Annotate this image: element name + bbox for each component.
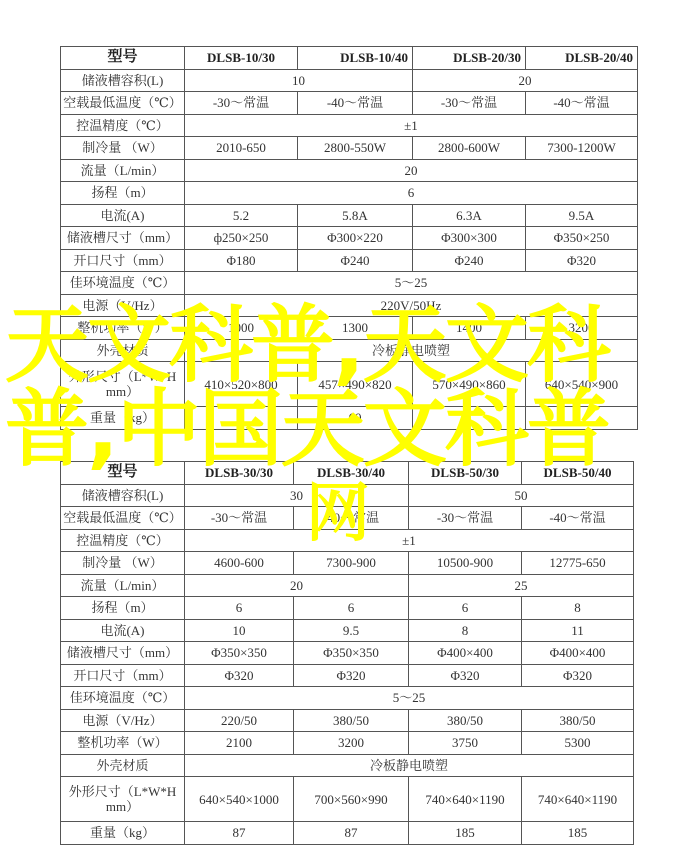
cell: -30～常温 xyxy=(413,92,526,115)
row-label: 制冷量 （W） xyxy=(61,137,185,160)
cell: 8 xyxy=(522,597,634,620)
model-header: DLSB-50/40 xyxy=(522,462,634,485)
table-row: 储液槽尺寸（mm） Φ350×350 Φ350×350 Φ400×400 Φ40… xyxy=(61,642,634,665)
cell: -40～常温 xyxy=(522,507,634,530)
table-row: 外壳材质 冷板静电喷塑 xyxy=(61,754,634,777)
cell: 6 xyxy=(409,597,522,620)
cell: Φ320 xyxy=(526,249,638,272)
table-header-row: 型号 DLSB-10/30 DLSB-10/40 DLSB-20/30 DLSB… xyxy=(61,47,638,70)
cell: 3750 xyxy=(409,732,522,755)
row-label: 储液槽容积(L) xyxy=(61,69,185,92)
row-label: 重量（kg） xyxy=(61,407,185,430)
cell: 9.5A xyxy=(526,204,638,227)
cell: Φ320 xyxy=(185,664,294,687)
header-label: 型号 xyxy=(61,47,185,70)
table-row: 外形尺寸（L*W*H mm） 410×520×800 457×490×820 5… xyxy=(61,362,638,407)
row-label: 控温精度（℃） xyxy=(61,114,185,137)
table-row: 控温精度（℃） ±1 xyxy=(61,114,638,137)
cell: Φ180 xyxy=(185,249,298,272)
cell: 380/50 xyxy=(294,709,409,732)
cell: 220V/50Hz xyxy=(185,294,638,317)
table-header-row: 型号 DLSB-30/30 DLSB-30/40 DLSB-50/30 DLSB… xyxy=(61,462,634,485)
row-label: 整机功率（W） xyxy=(61,317,185,340)
cell: 4600-600 xyxy=(185,552,294,575)
table-row: 整机功率（W） 2100 3200 3750 5300 xyxy=(61,732,634,755)
cell: 1000 xyxy=(185,317,298,340)
cell: 380/50 xyxy=(522,709,634,732)
table-row: 空载最低温度（℃） -30～常温 -40～常温 -30～常温 -40～常温 xyxy=(61,92,638,115)
table-row: 佳环境温度（℃） 5～25 xyxy=(61,272,638,295)
cell: 2010-650 xyxy=(185,137,298,160)
row-label: 储液槽尺寸（mm） xyxy=(61,227,185,250)
cell: ±1 xyxy=(185,114,638,137)
row-label: 整机功率（W） xyxy=(61,732,185,755)
cell: Φ320 xyxy=(409,664,522,687)
table-row: 空载最低温度（℃） -30～常温 -40～常温 -30～常温 -40～常温 xyxy=(61,507,634,530)
cell: 457×490×820 xyxy=(298,362,413,407)
table-row: 储液槽尺寸（mm） ф250×250 Φ300×220 Φ300×300 Φ35… xyxy=(61,227,638,250)
row-label: 流量（L/min） xyxy=(61,159,185,182)
cell: 20 xyxy=(185,159,638,182)
cell: Φ320 xyxy=(294,664,409,687)
table-row: 流量（L/min） 20 xyxy=(61,159,638,182)
cell: Φ350×250 xyxy=(526,227,638,250)
table-row: 电源（V/Hz） 220V/50Hz xyxy=(61,294,638,317)
cell: 740×640×1190 xyxy=(522,777,634,822)
cell: 12775-650 xyxy=(522,552,634,575)
model-header: DLSB-20/40 xyxy=(526,47,638,70)
row-label: 重量（kg） xyxy=(61,822,185,845)
model-header: DLSB-30/30 xyxy=(185,462,294,485)
table-row: 重量（kg） 87 87 185 185 xyxy=(61,822,634,845)
cell: 20 xyxy=(413,69,638,92)
cell: -30～常温 xyxy=(409,507,522,530)
cell: 10 xyxy=(185,69,413,92)
table-row: 电流(A) 10 9.5 8 11 xyxy=(61,619,634,642)
table-row: 储液槽容积(L) 30 50 xyxy=(61,484,634,507)
table-row: 控温精度（℃） ±1 xyxy=(61,529,634,552)
header-label: 型号 xyxy=(61,462,185,485)
cell: -30～常温 xyxy=(185,92,298,115)
table-row: 开口尺寸（mm） Φ180 Φ240 Φ240 Φ320 xyxy=(61,249,638,272)
cell: Φ350×350 xyxy=(294,642,409,665)
cell: 700×560×990 xyxy=(294,777,409,822)
cell xyxy=(413,407,526,430)
cell: 185 xyxy=(409,822,522,845)
spec-table-2: 型号 DLSB-30/30 DLSB-30/40 DLSB-50/30 DLSB… xyxy=(60,461,634,845)
row-label: 扬程（m） xyxy=(61,182,185,205)
model-header: DLSB-10/30 xyxy=(185,47,298,70)
table-row: 外形尺寸（L*W*H mm） 640×540×1000 700×560×990 … xyxy=(61,777,634,822)
cell: 11 xyxy=(522,619,634,642)
model-header: DLSB-10/40 xyxy=(298,47,413,70)
table-row: 流量（L/min） 20 25 xyxy=(61,574,634,597)
spec-table-1: 型号 DLSB-10/30 DLSB-10/40 DLSB-20/30 DLSB… xyxy=(60,46,638,430)
cell: Φ400×400 xyxy=(522,642,634,665)
table-row: 电源（V/Hz） 220/50 380/50 380/50 380/50 xyxy=(61,709,634,732)
model-header: DLSB-20/30 xyxy=(413,47,526,70)
cell: 60 xyxy=(298,407,413,430)
row-label: 开口尺寸（mm） xyxy=(61,664,185,687)
row-label: 储液槽容积(L) xyxy=(61,484,185,507)
row-label: 控温精度（℃） xyxy=(61,529,185,552)
row-label: 外壳材质 xyxy=(61,339,185,362)
cell: 2800-550W xyxy=(298,137,413,160)
table-row: 扬程（m） 6 xyxy=(61,182,638,205)
cell: -40～常温 xyxy=(526,92,638,115)
cell: -40～常温 xyxy=(294,507,409,530)
table-row: 扬程（m） 6 6 6 8 xyxy=(61,597,634,620)
cell: 3200 xyxy=(294,732,409,755)
table-row: 开口尺寸（mm） Φ320 Φ320 Φ320 Φ320 xyxy=(61,664,634,687)
row-label: 扬程（m） xyxy=(61,597,185,620)
cell: 6 xyxy=(185,182,638,205)
cell xyxy=(185,407,298,430)
row-label: 电流(A) xyxy=(61,619,185,642)
cell: 10 xyxy=(185,619,294,642)
cell: ф250×250 xyxy=(185,227,298,250)
row-label: 空载最低温度（℃） xyxy=(61,92,185,115)
cell: 25 xyxy=(409,574,634,597)
cell: 8 xyxy=(409,619,522,642)
table-row: 重量（kg） 60 xyxy=(61,407,638,430)
cell: 87 xyxy=(185,822,294,845)
row-label: 外形尺寸（L*W*H mm） xyxy=(61,777,185,822)
cell: 740×640×1190 xyxy=(409,777,522,822)
cell: 9.5 xyxy=(294,619,409,642)
table-row: 制冷量 （W） 4600-600 7300-900 10500-900 1277… xyxy=(61,552,634,575)
cell: 380/50 xyxy=(409,709,522,732)
table-row: 电流(A) 5.2 5.8A 6.3A 9.5A xyxy=(61,204,638,227)
cell: Φ350×350 xyxy=(185,642,294,665)
cell: 6 xyxy=(294,597,409,620)
cell: 1300 xyxy=(298,317,413,340)
row-label: 佳环境温度（℃） xyxy=(61,687,185,710)
cell xyxy=(526,407,638,430)
cell: 5.8A xyxy=(298,204,413,227)
cell: 570×490×860 xyxy=(413,362,526,407)
cell: 6.3A xyxy=(413,204,526,227)
cell: Φ240 xyxy=(413,249,526,272)
cell: 7300-1200W xyxy=(526,137,638,160)
cell: 640×540×900 xyxy=(526,362,638,407)
cell: 30 xyxy=(185,484,409,507)
row-label: 开口尺寸（mm） xyxy=(61,249,185,272)
cell: 2800-600W xyxy=(413,137,526,160)
table-row: 制冷量 （W） 2010-650 2800-550W 2800-600W 730… xyxy=(61,137,638,160)
row-label: 外壳材质 xyxy=(61,754,185,777)
cell: 5300 xyxy=(522,732,634,755)
cell: 1400 xyxy=(413,317,526,340)
table-row: 整机功率（W） 1000 1300 1400 3200 xyxy=(61,317,638,340)
cell: 20 xyxy=(185,574,409,597)
cell: 3200 xyxy=(526,317,638,340)
row-label: 外形尺寸（L*W*H mm） xyxy=(61,362,185,407)
row-label: 制冷量 （W） xyxy=(61,552,185,575)
cell: 87 xyxy=(294,822,409,845)
row-label: 空载最低温度（℃） xyxy=(61,507,185,530)
cell: 6 xyxy=(185,597,294,620)
table-row: 佳环境温度（℃） 5～25 xyxy=(61,687,634,710)
model-header: DLSB-30/40 xyxy=(294,462,409,485)
table-row: 外壳材质 冷板静电喷塑 xyxy=(61,339,638,362)
cell: 5.2 xyxy=(185,204,298,227)
cell: -40～常温 xyxy=(298,92,413,115)
cell: -30～常温 xyxy=(185,507,294,530)
row-label: 流量（L/min） xyxy=(61,574,185,597)
cell: 640×540×1000 xyxy=(185,777,294,822)
cell: 185 xyxy=(522,822,634,845)
cell: 10500-900 xyxy=(409,552,522,575)
cell: Φ300×220 xyxy=(298,227,413,250)
cell: 5～25 xyxy=(185,272,638,295)
row-label: 电源（V/Hz） xyxy=(61,709,185,732)
cell: Φ400×400 xyxy=(409,642,522,665)
row-label: 电流(A) xyxy=(61,204,185,227)
cell: 2100 xyxy=(185,732,294,755)
cell: 220/50 xyxy=(185,709,294,732)
model-header: DLSB-50/30 xyxy=(409,462,522,485)
row-label: 佳环境温度（℃） xyxy=(61,272,185,295)
cell: 7300-900 xyxy=(294,552,409,575)
cell: 冷板静电喷塑 xyxy=(185,339,638,362)
cell: 5～25 xyxy=(185,687,634,710)
cell: Φ320 xyxy=(522,664,634,687)
cell: 410×520×800 xyxy=(185,362,298,407)
row-label: 储液槽尺寸（mm） xyxy=(61,642,185,665)
cell: 50 xyxy=(409,484,634,507)
cell: Φ240 xyxy=(298,249,413,272)
cell: ±1 xyxy=(185,529,634,552)
cell: Φ300×300 xyxy=(413,227,526,250)
table-row: 储液槽容积(L) 10 20 xyxy=(61,69,638,92)
cell: 冷板静电喷塑 xyxy=(185,754,634,777)
row-label: 电源（V/Hz） xyxy=(61,294,185,317)
